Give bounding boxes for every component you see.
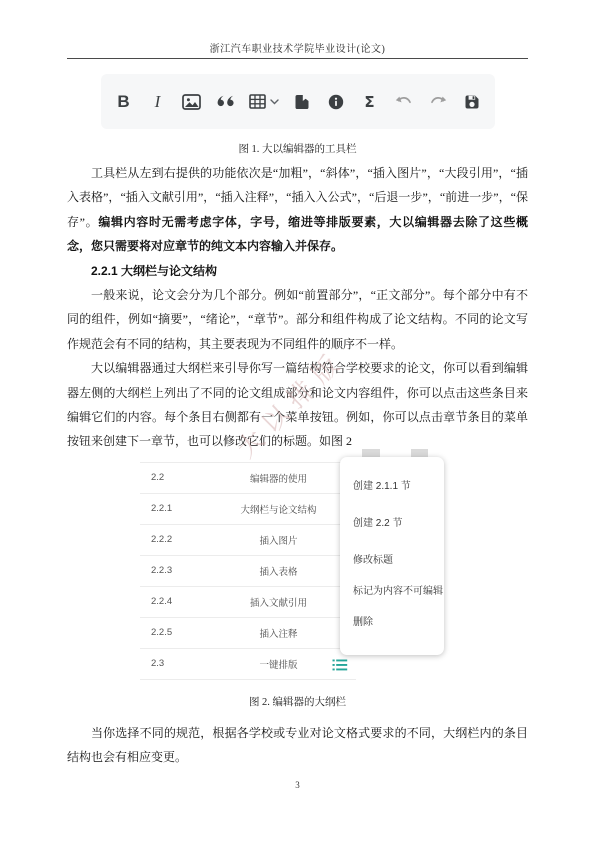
book-icon	[294, 94, 310, 110]
page-header-title: 浙江汽车职业技术学院毕业设计(论文)	[0, 0, 595, 55]
outline-row-2-2-4[interactable]: 2.2.4 插入文献引用	[140, 587, 356, 618]
blockquote-button[interactable]	[215, 89, 237, 115]
outline-table: 2.2 编辑器的使用 2.2.1 大纲栏与论文结构 2.2.2 插入图片 2.2…	[140, 462, 356, 680]
document-page: 浙江汽车职业技术学院毕业设计(论文) B I	[0, 0, 595, 842]
menu-item-create-2-2[interactable]: 创建 2.2 节	[353, 514, 444, 529]
info-icon	[328, 94, 344, 110]
italic-button[interactable]: I	[147, 89, 169, 115]
insert-formula-button[interactable]: Σ	[359, 89, 381, 115]
menu-item-delete[interactable]: 删除	[353, 613, 444, 628]
quote-icon	[216, 95, 236, 108]
figure2-caption: 图 2. 编辑器的大纲栏	[67, 694, 528, 709]
outline-row-title: 编辑器的使用	[201, 471, 356, 485]
outline-row-2-2-1[interactable]: 2.2.1 大纲栏与论文结构	[140, 494, 356, 525]
undo-button[interactable]	[393, 89, 415, 115]
menu-item-create-2-1-1[interactable]: 创建 2.1.1 节	[353, 477, 444, 492]
list-menu-icon	[332, 659, 348, 671]
outline-row-2-2-2[interactable]: 2.2.2 插入图片	[140, 525, 356, 556]
outline-row-number: 2.3	[140, 658, 201, 669]
outline-row-title: 大纲栏与论文结构	[201, 502, 356, 516]
paragraph-spec-change: 当你选择不同的规范，根据各学校或专业对论文格式要求的不同，大纲栏内的条目结构也会…	[67, 721, 528, 770]
outline-row-number: 2.2.2	[140, 534, 201, 545]
outline-row-number: 2.2	[140, 472, 201, 483]
section-heading-2-2-1: 2.2.1 大纲栏与论文结构	[67, 259, 528, 283]
insert-table-button[interactable]	[249, 89, 279, 115]
outline-row-2-2[interactable]: 2.2 编辑器的使用	[140, 463, 356, 494]
figure1-editor-toolbar: B I	[101, 74, 495, 129]
row-menu-button[interactable]	[332, 658, 348, 676]
outline-row-2-2-5[interactable]: 2.2.5 插入注释	[140, 618, 356, 649]
insert-citation-button[interactable]	[291, 89, 313, 115]
paragraph-thesis-structure: 一般来说，论文会分为几个部分。例如“前置部分”，“正文部分”。每个部分中有不同的…	[67, 283, 528, 356]
bold-button[interactable]: B	[113, 89, 135, 115]
menu-item-rename[interactable]: 修改标题	[353, 551, 444, 566]
undo-icon	[395, 95, 413, 108]
paragraph-outline-panel: 大以编辑器通过大纲栏来引导你写一篇结构符合学校要求的论文，你可以看到编辑器左侧的…	[67, 356, 528, 454]
bold-icon: B	[117, 92, 129, 112]
outline-row-title: 插入图片	[201, 533, 356, 547]
outline-row-number: 2.2.3	[140, 565, 201, 576]
table-icon	[249, 94, 266, 109]
redo-icon	[429, 95, 447, 108]
paragraph-toolbar-functions: 工具栏从左到右提供的功能依次是“加粗”，“斜体”，“插入图片”，“大段引用”，“…	[67, 161, 528, 259]
redo-button[interactable]	[427, 89, 449, 115]
page-number: 3	[0, 780, 595, 790]
figure2-outline-panel: 2.2 编辑器的使用 2.2.1 大纲栏与论文结构 2.2.2 插入图片 2.2…	[67, 462, 528, 682]
page-content: B I	[67, 74, 528, 770]
context-menu: 创建 2.1.1 节 创建 2.2 节 修改标题 标记为内容不可编辑 删除	[340, 457, 444, 655]
outline-row-title: 插入表格	[201, 564, 356, 578]
chevron-down-icon	[270, 99, 279, 105]
outline-row-title: 插入文献引用	[201, 595, 356, 609]
figure1-caption: 图 1. 大以编辑器的工具栏	[67, 141, 528, 156]
outline-row-2-2-3[interactable]: 2.2.3 插入表格	[140, 556, 356, 587]
insert-image-button[interactable]	[181, 89, 203, 115]
save-button[interactable]	[461, 89, 483, 115]
outline-row-title: 插入注释	[201, 626, 356, 640]
save-icon	[464, 94, 480, 110]
paragraph-bold-text: 编辑内容时无需考虑字体，字号，缩进等排版要素，大以编辑器去除了这些概念，您只需要…	[67, 215, 528, 253]
sigma-icon: Σ	[364, 93, 374, 111]
outline-row-number: 2.2.1	[140, 503, 201, 514]
insert-note-button[interactable]	[325, 89, 347, 115]
image-icon	[182, 94, 201, 110]
outline-row-number: 2.2.4	[140, 596, 201, 607]
menu-item-mark-readonly[interactable]: 标记为内容不可编辑	[353, 582, 444, 597]
italic-icon: I	[155, 92, 161, 112]
outline-row-number: 2.2.5	[140, 627, 201, 638]
outline-row-2-3[interactable]: 2.3 一键排版	[140, 649, 356, 680]
header-divider	[67, 58, 528, 59]
